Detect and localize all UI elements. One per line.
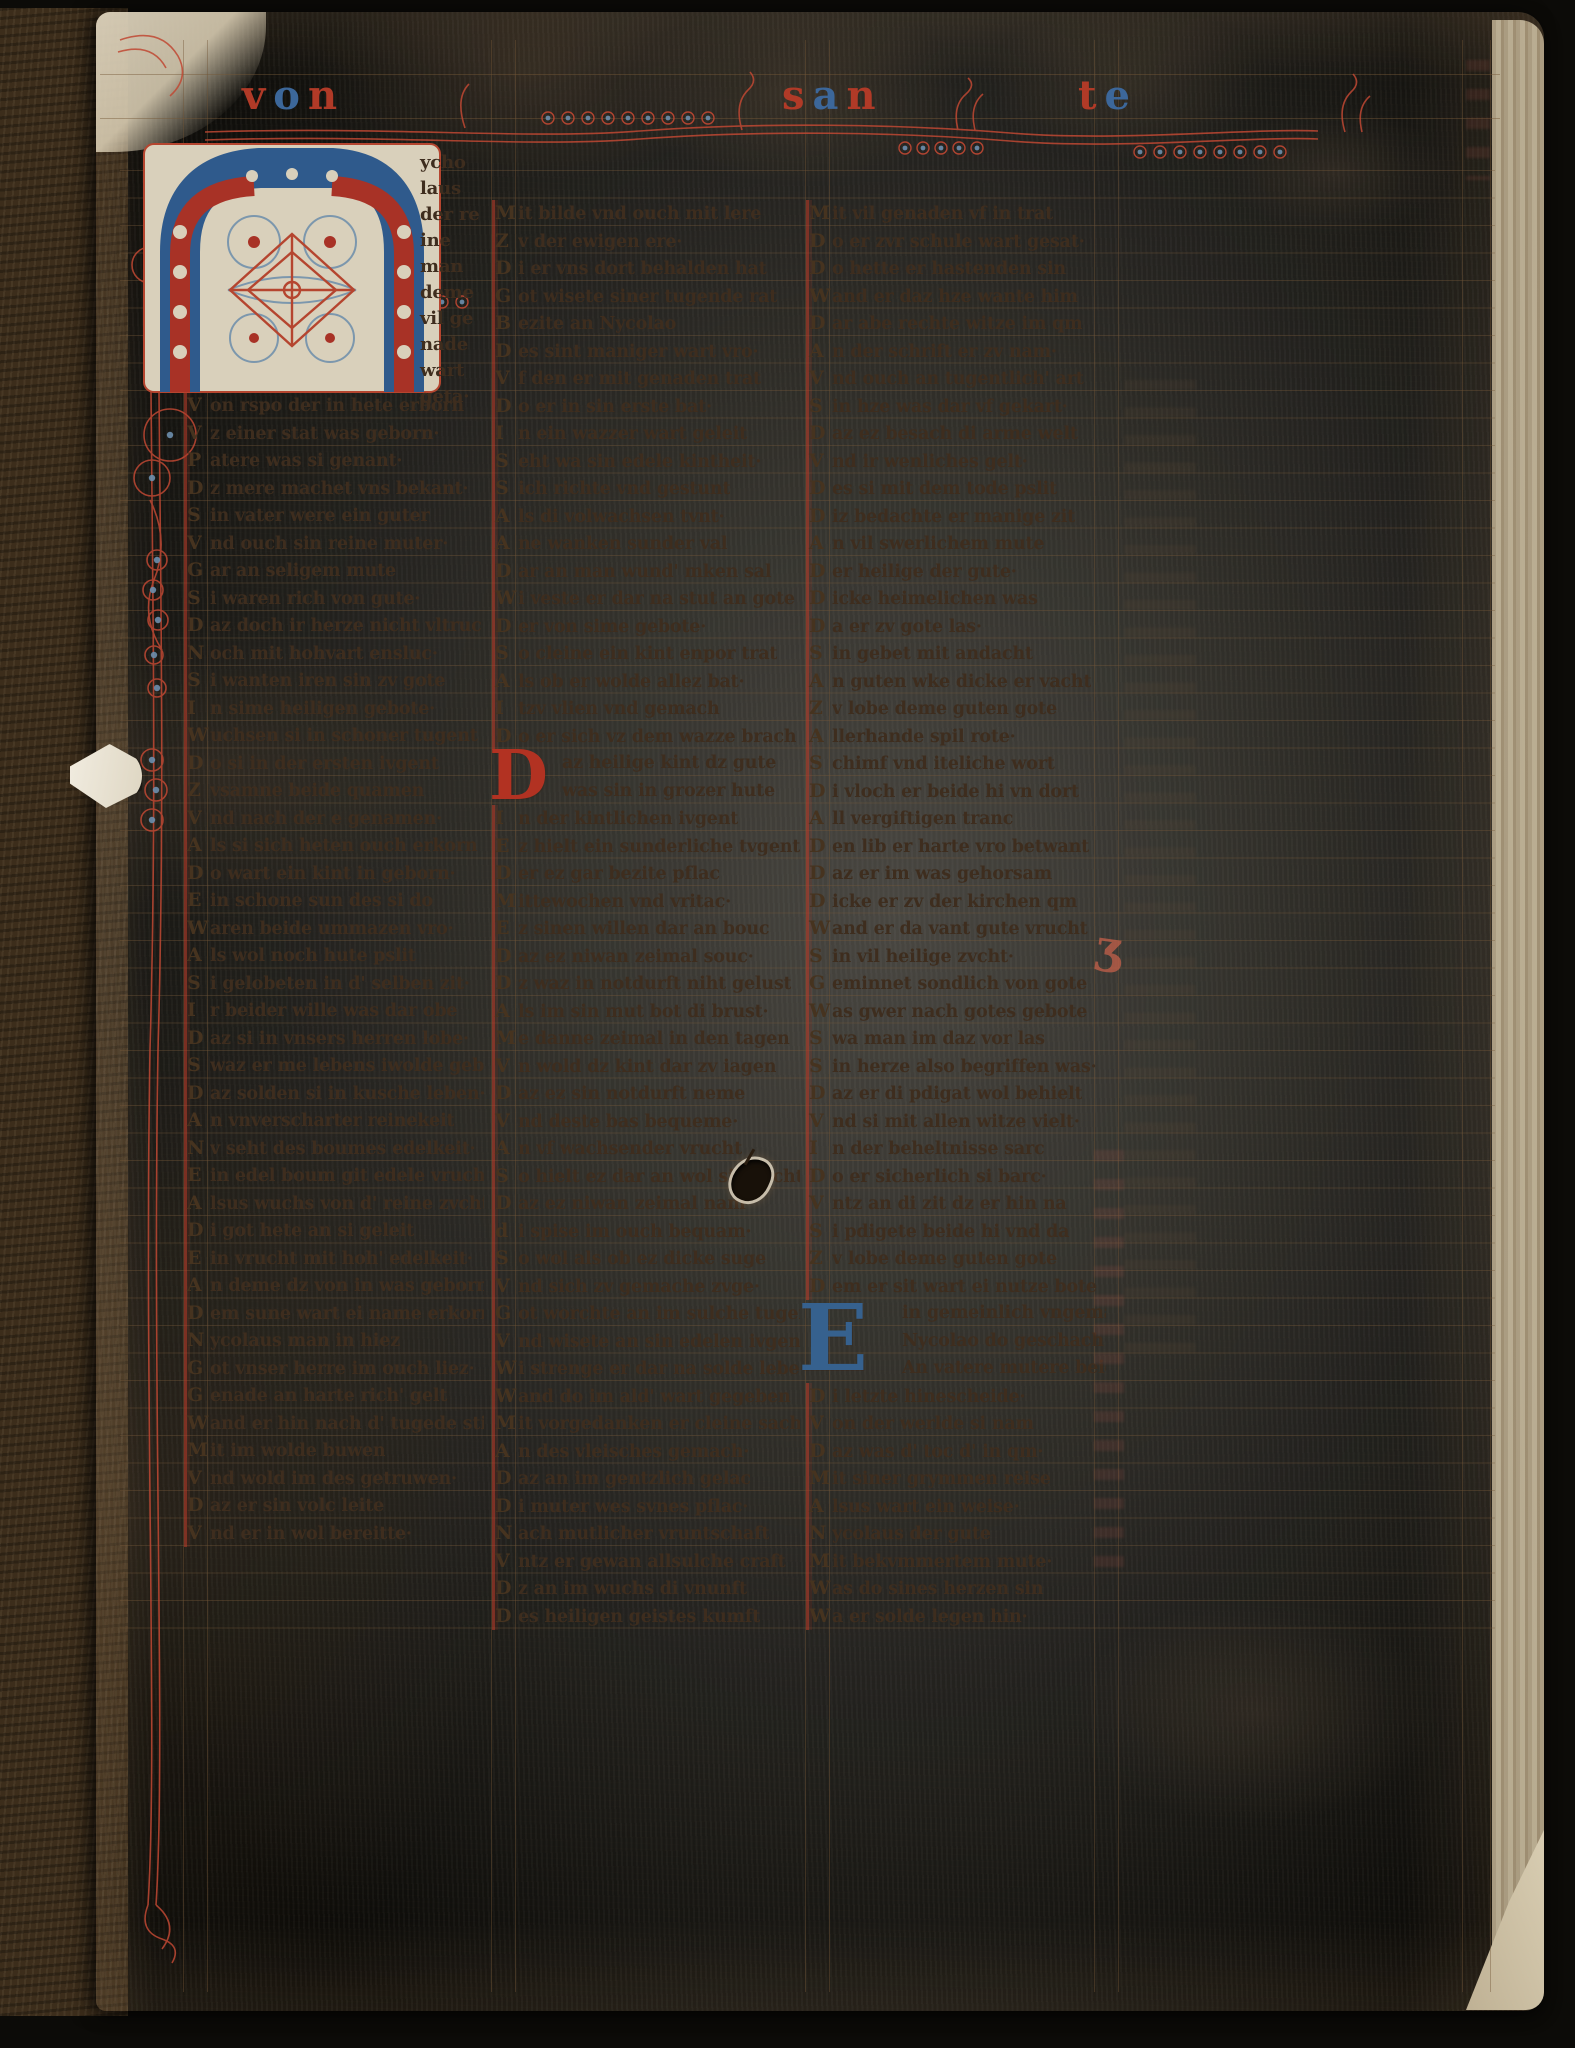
- side-word: laus: [420, 176, 490, 202]
- text-line: Ein vrucht mit hoh' edelkeit·: [184, 1245, 484, 1273]
- versal-letter: V: [492, 1548, 518, 1576]
- versal-letter: S: [806, 943, 832, 971]
- text-line: Mit siner grymmen reise: [806, 1465, 1106, 1493]
- line-text: ls ob er wolde allez bat·: [518, 669, 744, 697]
- versal-letter: D: [806, 558, 832, 586]
- line-text: ne wanken sunder val: [518, 531, 727, 559]
- versal-letter: E: [492, 915, 518, 943]
- versal-letter: A: [492, 503, 518, 531]
- line-text: i vloch er beide hi vn dort: [832, 779, 1079, 807]
- text-column-2: Mit bilde vnd ouch mit lereZv der ewigen…: [492, 200, 800, 1630]
- text-line: Alsus wart ein weise·: [806, 1493, 1106, 1521]
- line-text: nd wold im des getruwen·: [210, 1466, 457, 1494]
- text-line: Mit vorgedanken er cleine sach: [492, 1410, 800, 1438]
- line-text: az ez sin notdurft neme: [518, 1081, 745, 1109]
- versal-letter: V: [184, 420, 210, 448]
- line-text: uchsen si in schoner tugent: [210, 723, 478, 751]
- versal-letter: D: [492, 255, 518, 283]
- versal-letter: V: [806, 365, 832, 393]
- text-line: Wuchsen si in schoner tugent: [184, 722, 484, 750]
- text-line: Was do sines herzen sin: [806, 1575, 1106, 1603]
- text-line: Wand do im ald' wart gegeben: [492, 1383, 800, 1411]
- line-text: n vil swerlichem mute: [832, 531, 1044, 559]
- line-text: az si in vnsers herren lobe·: [210, 1026, 469, 1054]
- line-text: nd wisete an sin edelen ivgent: [518, 1329, 800, 1357]
- versal-letter: D: [184, 1492, 210, 1520]
- text-line: Dem sune wart ei name erkorn·: [184, 1300, 484, 1328]
- line-text: nd deste bas bequeme·: [518, 1109, 738, 1137]
- line-text: waz er me lebens iwolde gebe: [210, 1053, 484, 1081]
- line-text: v seht des boumes edelkeit·: [210, 1136, 476, 1164]
- text-line: Itzv vlien vnd gemach: [492, 695, 800, 723]
- versal-letter: A: [184, 942, 210, 970]
- text-line: In der beheltnisse sarc: [806, 1135, 1106, 1163]
- line-text: i er vns dort behalden hat: [518, 256, 767, 284]
- versal-letter: A: [806, 805, 832, 833]
- versal-letter: V: [806, 1190, 832, 1218]
- line-text: z an im wuchs di vnunft: [518, 1576, 747, 1604]
- versal-letter: I: [806, 1135, 832, 1163]
- line-text: and er daz hze wante him: [832, 284, 1078, 312]
- side-word: nade: [420, 332, 490, 358]
- text-line: Als im sin mut bot di brust·: [492, 998, 800, 1026]
- versal-letter: D: [492, 970, 518, 998]
- versal-letter: V: [806, 1108, 832, 1136]
- text-line: Daz ez sin notdurft neme: [492, 1080, 800, 1108]
- text-line: Mit bilde vnd ouch mit lere: [492, 200, 800, 228]
- versal-letter: A: [492, 668, 518, 696]
- text-line: Si pdigete beide hi vnd da: [806, 1218, 1106, 1246]
- versal-letter: W: [184, 915, 210, 943]
- versal-letter: S: [184, 667, 210, 695]
- text-line: Vnd nach der e genamen·: [184, 805, 484, 833]
- line-text: in gemeinlich vngemach: [902, 1300, 1106, 1328]
- versal-letter: S: [806, 750, 832, 778]
- text-line: Vntz er gewan allsulche craft: [492, 1548, 800, 1576]
- versal-letter: D: [492, 1493, 518, 1521]
- text-line: Der ez gar bezite pflac: [492, 860, 800, 888]
- versal-letter: W: [806, 1603, 832, 1631]
- text-line: Alsus wuchs von d' reine zvcht: [184, 1190, 484, 1218]
- versal-letter: I: [184, 997, 210, 1025]
- text-line: Allerhande spil rote·: [806, 723, 1106, 751]
- versal-letter: S: [806, 393, 832, 421]
- line-text: z mere machet vns bekant·: [210, 476, 468, 504]
- versal-letter: W: [184, 1410, 210, 1438]
- text-line: Wi veste er dar na stut an gote: [492, 585, 800, 613]
- side-word: deme: [420, 280, 490, 306]
- line-text: it bekvmmertem mute·: [832, 1549, 1052, 1577]
- line-text: o wart ein kint in geborn·: [210, 861, 455, 889]
- line-text: v der ewigen ere·: [518, 229, 682, 257]
- line-text: n des vleisches gemach·: [518, 1439, 749, 1467]
- line-text: and er hin nach d' tugede stift·: [210, 1411, 484, 1439]
- versal-letter: N: [184, 1327, 210, 1355]
- versal-letter: I: [184, 695, 210, 723]
- versal-letter: D: [184, 750, 210, 778]
- versal-letter: S: [184, 502, 210, 530]
- line-text: llerhande spil rote·: [832, 724, 1016, 752]
- line-text: ls di volwachsen tvnt·: [518, 504, 724, 532]
- versal-letter: D: [492, 1080, 518, 1108]
- versal-letter: V: [184, 1465, 210, 1493]
- side-word: vil ge: [420, 306, 490, 332]
- text-line: Di muter wes svnes pflac·: [492, 1493, 800, 1521]
- text-line: Ein edel boum git edele vrucht: [184, 1162, 484, 1190]
- drop-initial-D: D: [489, 742, 548, 810]
- text-line: Do er in sin erste bat·: [492, 393, 800, 421]
- text-column-1: Von rspo der in hete erbornVz einer stat…: [184, 392, 484, 1547]
- versal-letter: N: [184, 640, 210, 668]
- versal-letter: S: [184, 1052, 210, 1080]
- versal-letter: M: [184, 1437, 210, 1465]
- text-line: Der von sime gebote·: [492, 613, 800, 641]
- versal-letter: V: [806, 448, 832, 476]
- line-text: aren beide ummazen vro·: [210, 916, 454, 944]
- line-text: it vorgedanken er cleine sach: [518, 1411, 800, 1439]
- versal-letter: M: [492, 1025, 518, 1053]
- versal-letter: D: [806, 1080, 832, 1108]
- versal-letter: W: [806, 283, 832, 311]
- text-line: Was gwer nach gotes gebote: [806, 998, 1106, 1026]
- versal-letter: D: [806, 833, 832, 861]
- text-line: Sin gebet mit andacht: [806, 640, 1106, 668]
- line-text: em sune wart ei name erkorn·: [210, 1301, 484, 1329]
- versal-letter: S: [184, 970, 210, 998]
- line-text: in edel boum git edele vrucht: [210, 1163, 484, 1191]
- text-line: Dz waz in notdurft niht gelust: [492, 970, 800, 998]
- versal-letter: D: [492, 1465, 518, 1493]
- versal-letter: D: [184, 1025, 210, 1053]
- line-text: z hielt ein sunderliche tvgent: [518, 834, 800, 862]
- versal-letter: A: [492, 1438, 518, 1466]
- text-line: Mit vil genaden vf in trat: [806, 200, 1106, 228]
- text-line: Vnd si mit allen witze vielt·: [806, 1108, 1106, 1136]
- text-line: Swaz er me lebens iwolde gebe: [184, 1052, 484, 1080]
- versal-letter: Z: [184, 777, 210, 805]
- line-text: in schone sun des si do: [210, 888, 433, 916]
- text-line: Daz an im gentzlich gelac: [492, 1465, 800, 1493]
- text-line: Ane wanken sunder val: [492, 530, 800, 558]
- line-text: i wanten iren sin zv gote: [210, 668, 445, 696]
- text-line: Do si in der ersten ivgent: [184, 750, 484, 778]
- line-text: o si in der ersten ivgent: [210, 751, 439, 779]
- line-text: An vatere mutere beide: [902, 1355, 1106, 1383]
- versal-letter: V: [492, 1328, 518, 1356]
- versal-letter: D: [184, 860, 210, 888]
- text-line: Als si sich heten ouch erkorn: [184, 832, 484, 860]
- versal-letter: A: [806, 723, 832, 751]
- text-line: Vz einer stat was geborn·: [184, 420, 484, 448]
- line-text: n der schrift er zv nam·: [832, 339, 1057, 367]
- text-line: In ein wazzer wart geleit: [492, 420, 800, 448]
- versal-letter: Z: [806, 1245, 832, 1273]
- line-text: r beider wille was dar obe: [210, 998, 457, 1026]
- line-text: in gebet mit andacht: [832, 641, 1033, 669]
- text-line: Vnd wisete an sin edelen ivgent: [492, 1328, 800, 1356]
- line-text: a er zv gote las·: [832, 614, 982, 642]
- line-text: ll vergiftigen tranc: [832, 806, 1013, 834]
- text-line: Daz ez niwan zeimal souc·: [492, 943, 800, 971]
- text-line: Vnd ouch an tugentlich' art: [806, 365, 1106, 393]
- line-text: v lobe deme guten gote: [832, 1246, 1057, 1274]
- line-text: ot wisete siner tugende rat: [518, 284, 777, 312]
- line-text: it siner grymmen reise: [832, 1466, 1051, 1494]
- line-text: and do im ald' wart gegeben: [518, 1384, 791, 1412]
- versal-letter: W: [806, 998, 832, 1026]
- versal-letter: P: [184, 447, 210, 475]
- text-line: Des si mit dem tode pslit: [806, 475, 1106, 503]
- line-text: Nycolao do geschach: [902, 1328, 1104, 1356]
- text-line: Daz doch ir herze nicht vltruc: [184, 612, 484, 640]
- text-line: Mit bekvmmertem mute·: [806, 1548, 1106, 1576]
- text-line: Bezite an Nycolao: [492, 310, 800, 338]
- text-line: Diz bedachte er manige zit: [806, 503, 1106, 531]
- text-line: Daz si in vnsers herren lobe·: [184, 1025, 484, 1053]
- line-text: ar an seligem mute: [210, 558, 396, 586]
- line-text: it im wolde buwen: [210, 1438, 385, 1466]
- versal-letter: D: [492, 1603, 518, 1631]
- line-text: az ez niwan zeimal nam: [518, 1191, 746, 1219]
- versal-letter: D: [492, 393, 518, 421]
- text-line: Von rspo der in hete erborn: [184, 392, 484, 420]
- line-text: nd ir wenliches gelt·: [832, 449, 1028, 477]
- text-line: Wand er hin nach d' tugede stift·: [184, 1410, 484, 1438]
- line-text: in hze was dar vf gekart·: [832, 394, 1068, 422]
- versal-letter: A: [492, 1135, 518, 1163]
- text-line: Zv lobe deme guten gote: [806, 695, 1106, 723]
- side-word: ine: [420, 228, 490, 254]
- text-line: di spise im ouch bequam·: [492, 1218, 800, 1246]
- text-line: Wa er solde legen hin·: [806, 1603, 1106, 1631]
- versal-letter: D: [806, 860, 832, 888]
- text-line: Dicke er zv der kirchen qm: [806, 888, 1106, 916]
- line-text: az er di pdigat wol behielt: [832, 1081, 1082, 1109]
- text-line: Nach mutlicher vruntschaft: [492, 1520, 800, 1548]
- versal-letter: V: [492, 1108, 518, 1136]
- text-line: Dar an man wund' mken sal: [492, 558, 800, 586]
- line-text: nd ouch an tugentlich' art: [832, 366, 1084, 394]
- text-line: Daz was d' toc d' in qm·: [806, 1438, 1106, 1466]
- text-line: Ez sinen willen dar an bouc: [492, 915, 800, 943]
- versal-letter: D: [492, 338, 518, 366]
- line-text: in vater were ein guter: [210, 503, 430, 531]
- versal-letter: D: [806, 228, 832, 256]
- line-text: az was d' toc d' in qm·: [832, 1439, 1043, 1467]
- line-text: nd er in wol bereitte·: [210, 1521, 412, 1549]
- versal-letter: S: [806, 1053, 832, 1081]
- versal-letter: I: [492, 420, 518, 448]
- line-text: i got hete an si geleit: [210, 1218, 414, 1246]
- versal-letter: W: [806, 915, 832, 943]
- line-text: n der beheltnisse sarc: [832, 1136, 1044, 1164]
- text-line: Des sint maniger wart vro·: [492, 338, 800, 366]
- versal-letter: S: [806, 640, 832, 668]
- line-text: atere was si genant·: [210, 448, 402, 476]
- text-line: Waren beide ummazen vro·: [184, 915, 484, 943]
- versal-letter: S: [492, 1163, 518, 1191]
- line-text: n vnverscharter reinekeit: [210, 1108, 454, 1136]
- text-line: Sin vater were ein guter: [184, 502, 484, 530]
- versal-letter: A: [806, 668, 832, 696]
- line-text: n ein wazzer wart geleit: [518, 421, 747, 449]
- side-word: ycho: [420, 150, 490, 176]
- versal-letter: M: [492, 888, 518, 916]
- versal-letter: G: [184, 1355, 210, 1383]
- line-text: ls wol noch hute pslit: [210, 943, 416, 971]
- line-text: az solden si in kusche leben·: [210, 1081, 484, 1109]
- line-text: nd sich zv gemache zvge·: [518, 1274, 760, 1302]
- line-text: it bilde vnd ouch mit lere: [518, 201, 761, 229]
- text-line: Zv lobe deme guten gote: [806, 1245, 1106, 1273]
- versal-letter: M: [492, 200, 518, 228]
- side-word: wart: [420, 358, 490, 384]
- line-text: on rspo der in hete erborn: [210, 393, 464, 421]
- line-text: in vil heilige zvcht·: [832, 944, 1014, 972]
- versal-letter: A: [492, 530, 518, 558]
- text-line: An vnverscharter reinekeit: [184, 1107, 484, 1135]
- versal-letter: G: [492, 283, 518, 311]
- versal-letter: A: [184, 1272, 210, 1300]
- text-line: Daz er im was gehorsam: [806, 860, 1106, 888]
- text-line: Daz ez besach di arme welt: [806, 420, 1106, 448]
- versal-letter: D: [806, 420, 832, 448]
- line-text: es si mit dem tode pslit: [832, 476, 1057, 504]
- text-line: Sin vil heilige zvcht·: [806, 943, 1106, 971]
- versal-letter: D: [184, 1217, 210, 1245]
- versal-letter: S: [806, 1218, 832, 1246]
- versal-letter: D: [492, 860, 518, 888]
- line-text: nd ouch sin reine muter·: [210, 531, 448, 559]
- line-text: as gwer nach gotes gebote: [832, 999, 1087, 1027]
- versal-letter: D: [806, 585, 832, 613]
- line-text: er ez gar bezite pflac: [518, 861, 720, 889]
- text-line: Do er zvr schule wart gesat·: [806, 228, 1106, 256]
- line-text: wa man im daz vor las: [832, 1026, 1045, 1054]
- versal-letter: A: [184, 832, 210, 860]
- text-line: Genade an harte rich' gelt: [184, 1382, 484, 1410]
- illuminated-initial-N: [142, 142, 442, 394]
- text-line: Si waren rich von gute·: [184, 585, 484, 613]
- text-line: An guten wke dicke er vacht: [806, 668, 1106, 696]
- line-text: n vf wachsender vrucht: [518, 1136, 742, 1164]
- line-text: i veste er dar na stut an gote: [518, 586, 795, 614]
- text-line: Daz er di pdigat wol behielt: [806, 1080, 1106, 1108]
- text-line: Vnd sich zv gemache zvge·: [492, 1273, 800, 1301]
- line-text: az doch ir herze nicht vltruc: [210, 613, 482, 641]
- versal-letter: G: [184, 557, 210, 585]
- text-line: Si wanten iren sin zv gote: [184, 667, 484, 695]
- text-line: Vn wold dz kint dar zv iagen: [492, 1053, 800, 1081]
- versal-letter: V: [492, 1053, 518, 1081]
- line-text: o cleine ein kint enpor trat: [518, 641, 777, 669]
- versal-letter: D: [184, 612, 210, 640]
- line-text: n deme dz von in was geborn: [210, 1273, 484, 1301]
- versal-letter: B: [492, 310, 518, 338]
- line-text: er von sime gebote·: [518, 614, 706, 642]
- text-line: Nycolaus der gute: [806, 1520, 1106, 1548]
- line-text: o hette er hastenden sin: [832, 256, 1066, 284]
- line-text: in herze also begriffen was·: [832, 1054, 1097, 1082]
- text-line: Vnd er in wol bereitte·: [184, 1520, 484, 1548]
- text-line: Nv seht des boumes edelkeit·: [184, 1135, 484, 1163]
- text-line: Als wol noch hute pslit: [184, 942, 484, 970]
- versal-letter: W: [806, 1575, 832, 1603]
- line-text: vsamne beide quamen: [210, 778, 424, 806]
- text-line: An deme dz von in was geborn: [184, 1272, 484, 1300]
- versal-letter: V: [184, 1520, 210, 1548]
- line-text: o wol als ob ez dicke suge: [518, 1246, 766, 1274]
- versal-letter: D: [806, 475, 832, 503]
- text-line: Da er zv gote las·: [806, 613, 1106, 641]
- text-line: Mit im wolde buwen: [184, 1437, 484, 1465]
- versal-letter: Z: [806, 695, 832, 723]
- line-text: z waz in notdurft niht gelust: [518, 971, 791, 999]
- side-word: der re: [420, 202, 490, 228]
- versal-letter: E: [184, 1245, 210, 1273]
- versal-letter: G: [184, 1382, 210, 1410]
- text-line: Mittewochen vnd vritac·: [492, 888, 800, 916]
- line-text: as do sines herzen sin: [832, 1576, 1043, 1604]
- line-text: i gelobeten in d' selben zit·: [210, 971, 470, 999]
- versal-letter: A: [806, 1493, 832, 1521]
- text-line: Do wart ein kint in geborn·: [184, 860, 484, 888]
- versal-letter: M: [806, 1548, 832, 1576]
- versal-letter: N: [492, 1520, 518, 1548]
- line-text: i muter wes svnes pflac·: [518, 1494, 748, 1522]
- line-text: nd si mit allen witze vielt·: [832, 1109, 1080, 1137]
- versal-letter: V: [184, 392, 210, 420]
- line-text: it vil genaden vf in trat: [832, 201, 1053, 229]
- text-line: Vnd wold im des getruwen·: [184, 1465, 484, 1493]
- versal-letter: D: [492, 1575, 518, 1603]
- versal-letter: D: [492, 1190, 518, 1218]
- line-text: tzv vlien vnd gemach: [518, 696, 720, 724]
- line-text: ar abe rechte witze im qm: [832, 311, 1082, 339]
- versal-letter: Z: [492, 228, 518, 256]
- text-line: So wol als ob ez dicke suge: [492, 1245, 800, 1273]
- text-line: Di er vns dort behalden hat: [492, 255, 800, 283]
- text-line: Ein schone sun des si do: [184, 887, 484, 915]
- line-text: f den er mit genaden trat: [518, 366, 761, 394]
- versal-letter: D: [492, 943, 518, 971]
- line-text: n wold dz kint dar zv iagen: [518, 1054, 776, 1082]
- text-column-3: Mit vil genaden vf in tratDo er zvr schu…: [806, 200, 1106, 1630]
- versal-letter: D: [492, 558, 518, 586]
- versal-letter: M: [492, 1410, 518, 1438]
- text-line: Des heiligen geistes kumft: [492, 1603, 800, 1631]
- text-line: Dz mere machet vns bekant·: [184, 475, 484, 503]
- line-text: on der werlde si nam: [832, 1411, 1034, 1439]
- versal-letter: E: [184, 887, 210, 915]
- line-text: ycolaus der gute: [832, 1521, 991, 1549]
- text-line: Gar an seligem mute: [184, 557, 484, 585]
- line-text: v lobe deme guten gote: [832, 696, 1057, 724]
- line-text: az heilige kint dz gute: [562, 750, 776, 778]
- line-text: iz bedachte er manige zit: [832, 504, 1075, 532]
- line-text: i waren rich von gute·: [210, 586, 420, 614]
- versal-letter: V: [184, 530, 210, 558]
- text-line: Sich richte vnd gestunt: [492, 475, 800, 503]
- versal-letter: D: [806, 310, 832, 338]
- line-text: och mit hohvart ensluc·: [210, 641, 438, 669]
- versal-letter: d: [492, 1218, 518, 1246]
- text-line: All vergiftigen tranc: [806, 805, 1106, 833]
- line-text: eminnet sondlich von gote: [832, 971, 1087, 999]
- versal-letter: D: [806, 503, 832, 531]
- line-text: o er zvr schule wart gesat·: [832, 229, 1085, 257]
- line-text: o er sicherlich si barc·: [832, 1164, 1047, 1192]
